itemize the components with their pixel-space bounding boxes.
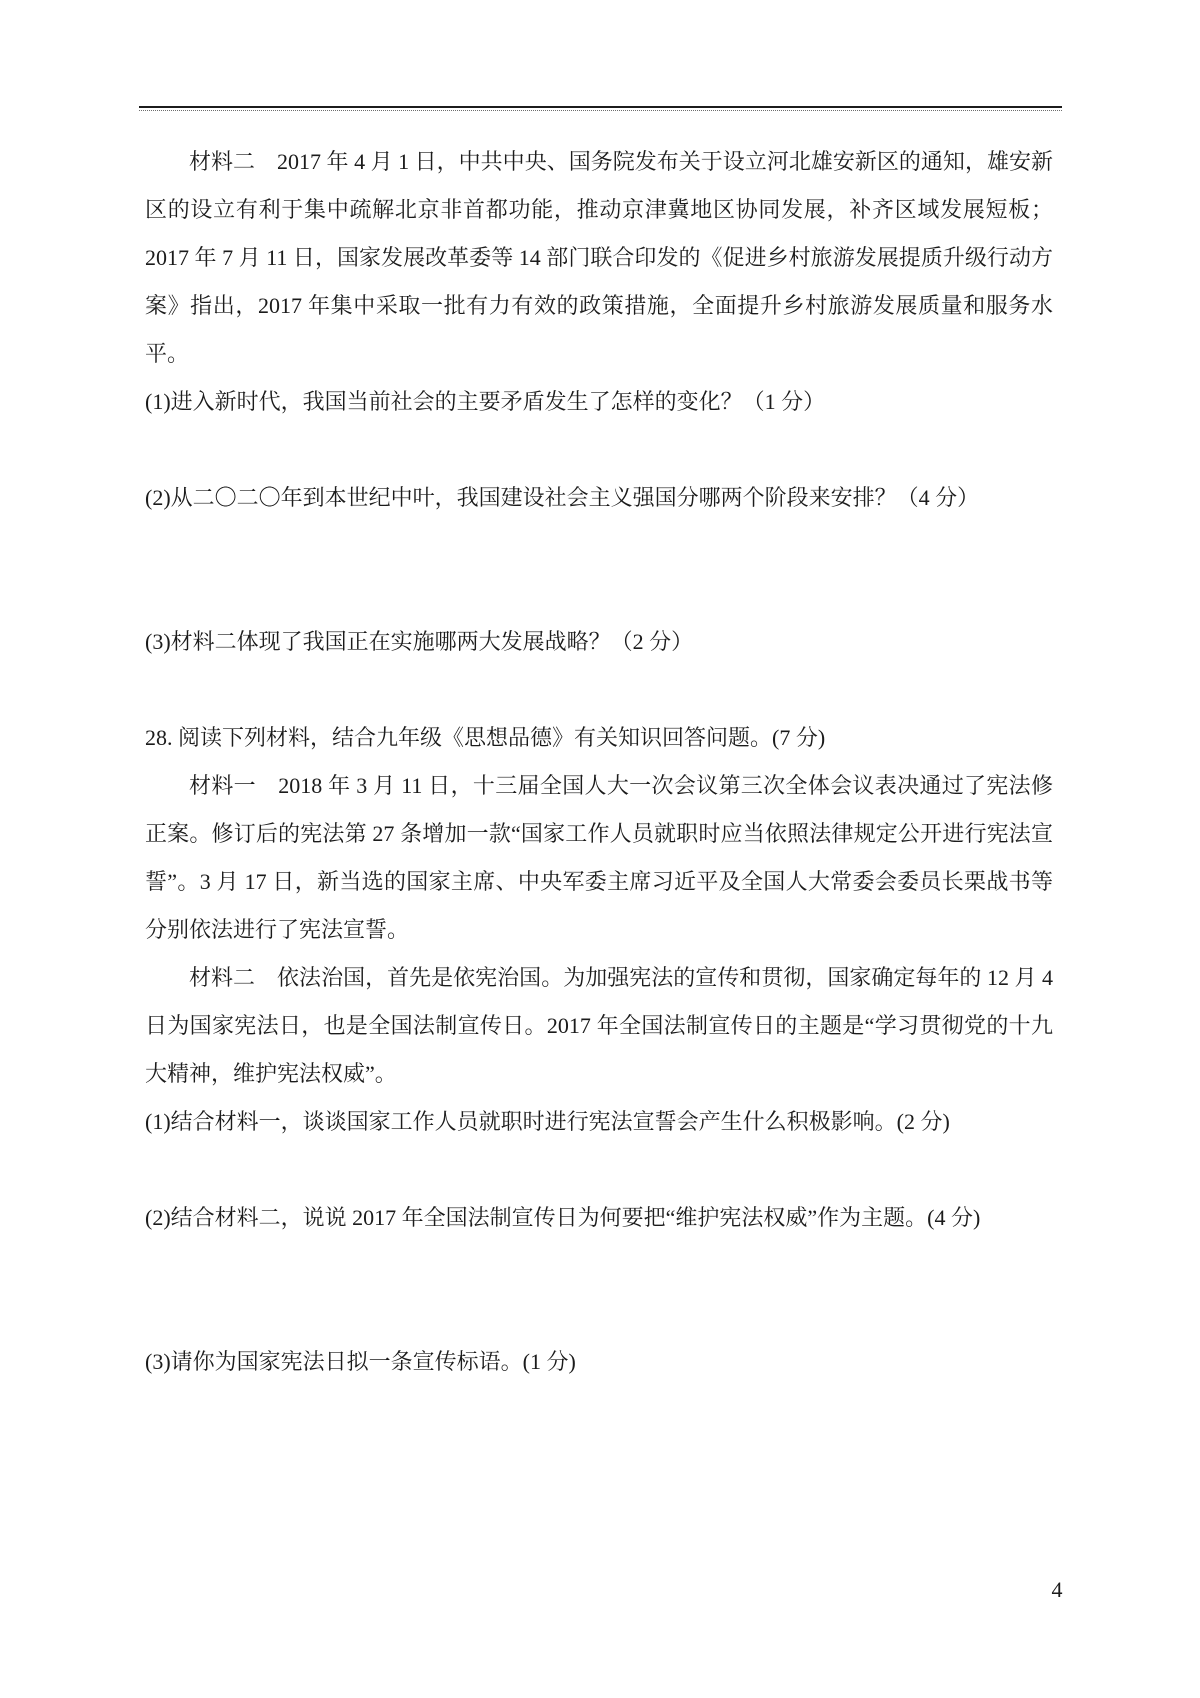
q28-question-1: (1)结合材料一，谈谈国家工作人员就职时进行宪法宣誓会产生什么积极影响。(2 分… xyxy=(145,1098,1053,1146)
q27-question-1: (1)进入新时代，我国当前社会的主要矛盾发生了怎样的变化？（1 分） xyxy=(145,378,1053,426)
exam-page: 材料二 2017 年 4 月 1 日，中共中央、国务院发布关于设立河北雄安新区的… xyxy=(0,106,1200,1386)
q28-material1-paragraph: 材料一 2018 年 3 月 11 日，十三届全国人大一次会议第三次全体会议表决… xyxy=(145,762,1053,954)
q27-material2-paragraph: 材料二 2017 年 4 月 1 日，中共中央、国务院发布关于设立河北雄安新区的… xyxy=(145,138,1053,378)
q28-question-3: (3)请你为国家宪法日拟一条宣传标语。(1 分) xyxy=(145,1338,1053,1386)
q28-material2-paragraph: 材料二 依法治国，首先是依宪治国。为加强宪法的宣传和贯彻，国家确定每年的 12 … xyxy=(145,954,1053,1098)
page-number: 4 xyxy=(1040,1566,1074,1614)
q28-header: 28. 阅读下列材料，结合九年级《思想品德》有关知识回答问题。(7 分) xyxy=(145,714,1053,762)
q27-question-2: (2)从二〇二〇年到本世纪中叶，我国建设社会主义强国分哪两个阶段来安排？（4 分… xyxy=(145,474,1053,522)
header-rule xyxy=(139,106,1062,111)
q28-question-2: (2)结合材料二，说说 2017 年全国法制宣传日为何要把“维护宪法权威”作为主… xyxy=(145,1194,1053,1242)
q27-question-3: (3)材料二体现了我国正在实施哪两大发展战略？（2 分） xyxy=(145,618,1053,666)
